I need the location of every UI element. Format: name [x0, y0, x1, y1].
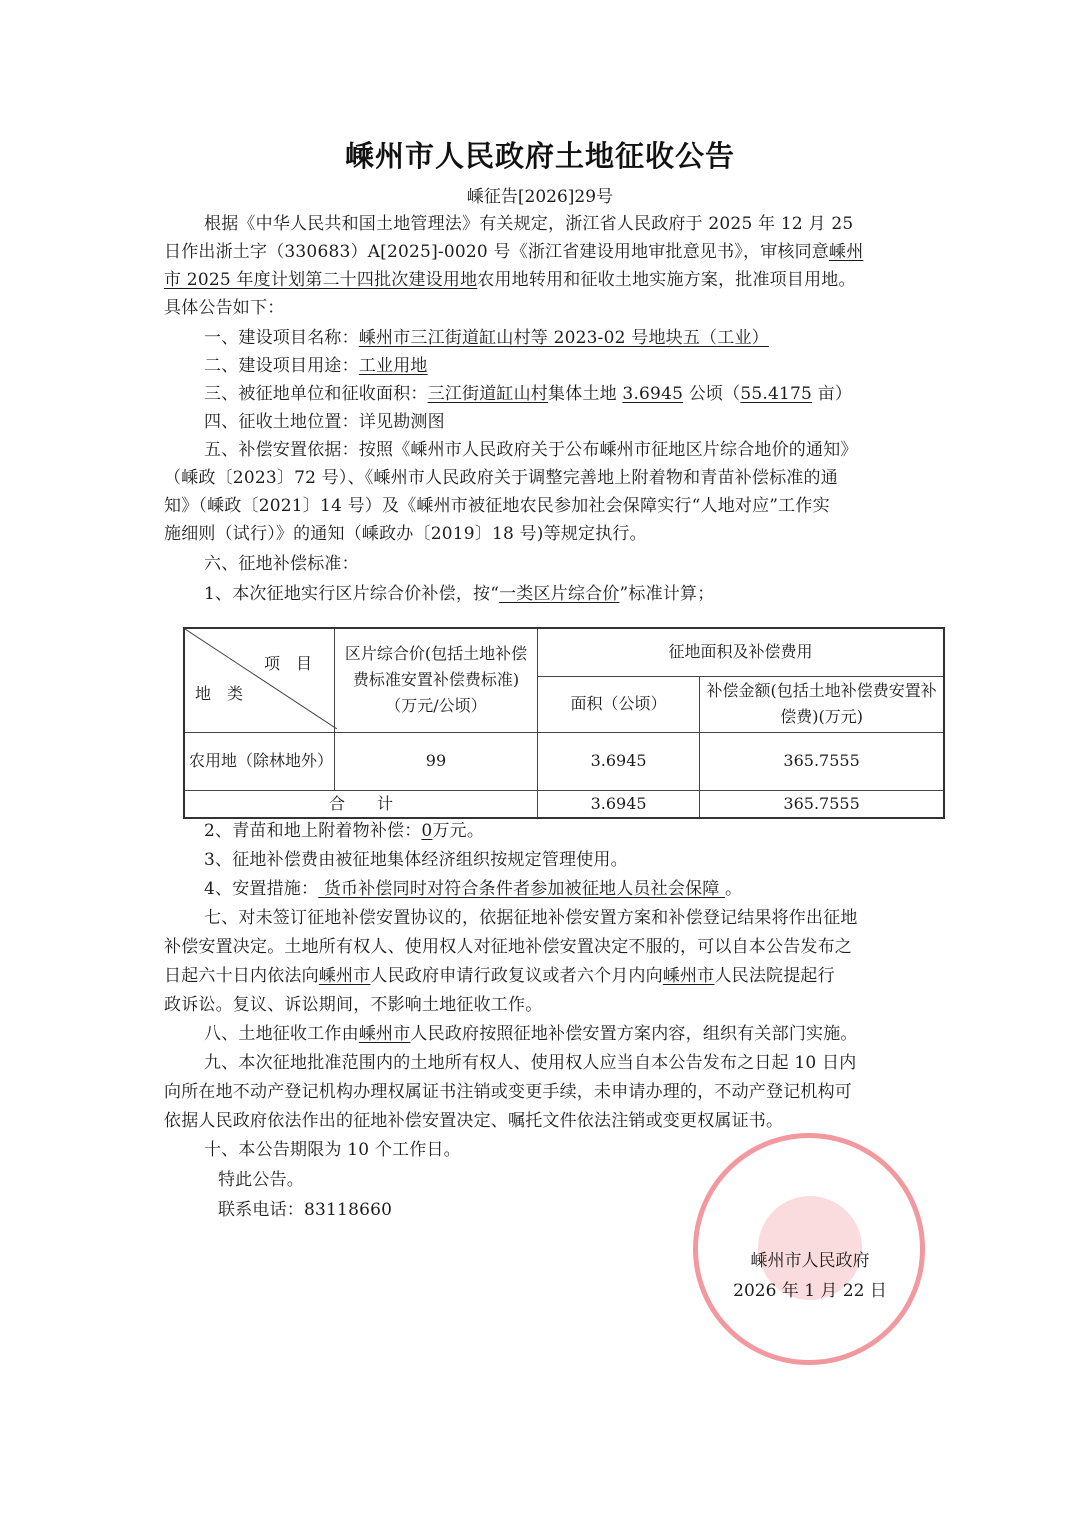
item-3-label: 三、被征地单位和征收面积：: [204, 384, 428, 404]
area-column-header: 面积（公顷）: [537, 676, 699, 732]
item-8-a: 八、土地征收工作由: [204, 1024, 359, 1044]
item-6-4-label: 4、安置措施：: [204, 879, 318, 899]
total-area: 3.6945: [537, 790, 699, 818]
item-6-4: 4、安置措施： 货币补偿同时对符合条件者参加被征地人员社会保障 。: [164, 875, 916, 903]
item-6-1-text-a: 1、本次征地实行区片综合价补偿，按“: [204, 584, 499, 604]
item-7-line-3-a: 日起六十日内依法向: [164, 966, 319, 986]
item-9-line-2: 向所在地不动产登记机构办理权属证书注销或变更手续，未申请办理的，不动产登记机构可: [164, 1078, 916, 1106]
table-total-row: 合 计 3.6945 365.7555: [184, 790, 944, 818]
intro-line-3-underlined: 市 2025 年度计划第二十四批次建设用地: [164, 270, 477, 290]
diagonal-line: [185, 629, 337, 729]
document-number: 嵊征告[2026]29号: [0, 182, 1080, 207]
item-6-2: 2、青苗和地上附着物补偿：0万元。: [164, 817, 916, 845]
intro-line-2-text: 日作出浙土字（330683）A[2025]-0020 号《浙江省建设用地审批意见…: [164, 242, 829, 262]
item-6-2-text-a: 2、青苗和地上附着物补偿：: [204, 821, 421, 841]
item-8-b: 人民政府按照征地补偿安置方案内容，组织有关部门实施。: [410, 1024, 857, 1044]
item-3-mu-unit: 亩）: [812, 384, 852, 404]
item-6: 六、征地补偿标准：: [164, 550, 916, 578]
item-6-2-text-b: 万元。: [432, 821, 484, 841]
item-1-label: 一、建设项目名称：: [204, 328, 359, 348]
row-price: 99: [334, 732, 537, 790]
intro-line-4: 具体公告如下：: [164, 294, 916, 322]
row-area: 3.6945: [537, 732, 699, 790]
item-3: 三、被征地单位和征收面积：三江街道缸山村集体土地 3.6945 公顷（55.41…: [164, 380, 916, 408]
item-6-4-end: 。: [725, 879, 742, 899]
area-compensation-group-header: 征地面积及补偿费用: [537, 628, 944, 676]
item-7-line-3-u1: 嵊州市: [319, 966, 371, 986]
item-6-1: 1、本次征地实行区片综合价补偿，按“一类区片综合价”标准计算；: [164, 580, 916, 608]
row-amount: 365.7555: [700, 732, 944, 790]
item-9-line-1: 九、本次征地批准范围内的土地所有权人、使用权人应当自本公告发布之日起 10 日内: [164, 1049, 916, 1077]
item-4: 四、征收土地位置：详见勘测图: [164, 408, 916, 436]
issue-date: 2026 年 1 月 22 日: [700, 1276, 920, 1301]
intro-line-1: 根据《中华人民共和国土地管理法》有关规定，浙江省人民政府于 2025 年 12 …: [164, 210, 916, 238]
item-3-area-mu: 55.4175: [740, 384, 812, 404]
item-2-label: 二、建设项目用途：: [204, 356, 359, 376]
item-6-4-value: 货币补偿同时对符合条件者参加被征地人员社会保障: [318, 879, 725, 899]
table-row: 农用地（除林地外） 99 3.6945 365.7555: [184, 732, 944, 790]
total-label: 合 计: [184, 790, 537, 818]
row-category: 农用地（除林地外）: [184, 732, 334, 790]
item-9-line-3: 依据人民政府依法作出的征地补偿安置决定、嘱托文件依法注销或变更权属证书。: [164, 1107, 916, 1135]
intro-line-2: 日作出浙土字（330683）A[2025]-0020 号《浙江省建设用地审批意见…: [164, 238, 916, 266]
document-title: 嵊州市人民政府土地征收公告: [0, 134, 1080, 175]
item-5-line-3: 知》（嵊政〔2021〕14 号）及《嵊州市被征地农民参加社会保障实行“人地对应”…: [164, 492, 916, 520]
amount-column-header: 补偿金额(包括土地补偿费安置补偿费)(万元): [700, 676, 944, 732]
item-7-line-4: 政诉讼。复议、诉讼期间，不影响土地征收工作。: [164, 991, 916, 1019]
intro-line-3: 市 2025 年度计划第二十四批次建设用地农用地转用和征收土地实施方案，批准项目…: [164, 266, 916, 294]
item-7-line-3-u2: 嵊州市: [663, 966, 715, 986]
total-amount: 365.7555: [700, 790, 944, 818]
price-column-header: 区片综合价(包括土地补偿费标准安置补偿费标准)（万元/公顷）: [334, 628, 537, 732]
intro-line-2-underlined: 嵊州: [829, 242, 863, 262]
item-5-line-4: 施细则（试行）》的通知（嵊政办〔2019〕18 号)等规定执行。: [164, 520, 916, 548]
item-1: 一、建设项目名称：嵊州市三江街道缸山村等 2023-02 号地块五（工业）: [164, 324, 916, 352]
item-3-unit: 三江街道缸山村: [428, 384, 548, 404]
document-page: 嵊州市人民政府土地征收公告 嵊征告[2026]29号 根据《中华人民共和国土地管…: [0, 0, 1080, 1527]
item-2: 二、建设项目用途：工业用地: [164, 352, 916, 380]
item-3-area-ha: 3.6945: [622, 384, 683, 404]
corner-bottom-label: 地 类: [195, 681, 243, 707]
item-1-value: 嵊州市三江街道缸山村等 2023-02 号地块五（工业）: [359, 328, 769, 348]
item-8: 八、土地征收工作由嵊州市人民政府按照征地补偿安置方案内容，组织有关部门实施。: [164, 1020, 916, 1048]
table-corner-header: 项 目 地 类: [184, 628, 334, 732]
corner-top-label: 项 目: [264, 651, 312, 677]
item-7-line-1: 七、对未签订征地补偿安置协议的，依据征地补偿安置方案和补偿登记结果将作出征地: [164, 904, 916, 932]
item-5-line-1: 五、补偿安置依据：按照《嵊州市人民政府关于公布嵊州市征地区片综合地价的通知》: [164, 436, 916, 464]
item-6-3: 3、征地补偿费由被征地集体经济组织按规定管理使用。: [164, 846, 916, 874]
intro-line-3-text: 农用地转用和征收土地实施方案，批准项目用地。: [477, 270, 855, 290]
item-7-line-3-c: 人民法院提起行: [714, 966, 834, 986]
item-3-mid: 集体土地: [548, 384, 622, 404]
issuer-name: 嵊州市人民政府: [700, 1246, 920, 1271]
item-6-2-value: 0: [421, 821, 432, 841]
item-3-ha-unit: 公顷（: [683, 384, 740, 404]
item-8-u: 嵊州市: [359, 1024, 411, 1044]
item-7-line-3: 日起六十日内依法向嵊州市人民政府申请行政复议或者六个月内向嵊州市人民法院提起行: [164, 962, 916, 990]
item-7-line-3-b: 人民政府申请行政复议或者六个月内向: [370, 966, 662, 986]
item-2-value: 工业用地: [359, 356, 428, 376]
item-6-1-text-b: ”标准计算；: [620, 584, 715, 604]
item-6-1-underlined: 一类区片综合价: [499, 584, 619, 604]
item-7-line-2: 补偿安置决定。土地所有权人、使用权人对征地补偿安置决定不服的，可以自本公告发布之: [164, 933, 916, 961]
compensation-table: 项 目 地 类 区片综合价(包括土地补偿费标准安置补偿费标准)（万元/公顷） 征…: [183, 627, 945, 819]
item-5-line-2: （嵊政〔2023〕72 号）、《嵊州市人民政府关于调整完善地上附着物和青苗补偿标…: [164, 464, 916, 492]
